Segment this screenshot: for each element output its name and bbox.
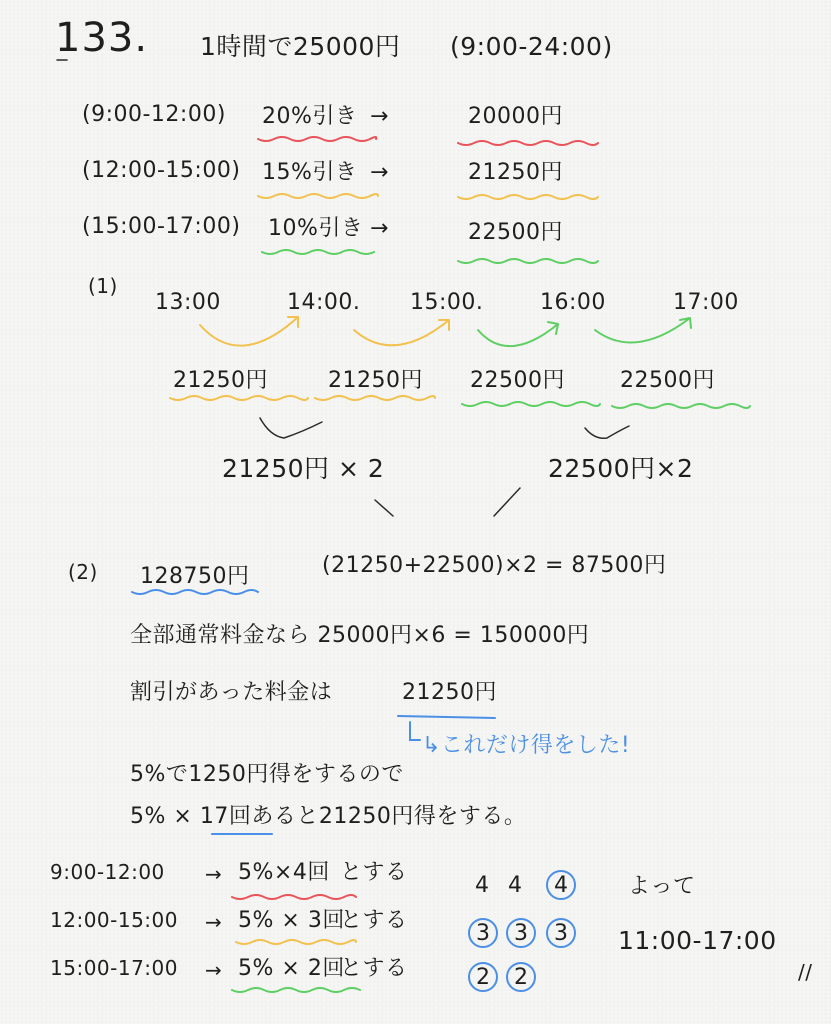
discount-period-2: (12:00-15:00) [82, 160, 240, 182]
segment-price-4: 22500円 [620, 370, 715, 392]
arrow-3: → [370, 218, 389, 240]
segment-price-1: 21250円 [173, 370, 268, 392]
conclusion-mark: // [798, 962, 812, 982]
part1-label: (1) [88, 276, 118, 296]
breakdown-suffix-2: とする [340, 910, 408, 932]
breakdown-period-2: 12:00-15:00 [50, 910, 178, 930]
line4-suffix: あると21250円得をする。 [251, 804, 526, 829]
breakdown-period-1: 9:00-12:00 [50, 862, 165, 882]
discount-rate-3: 10%引き [268, 218, 363, 240]
time-15: 15:00. [410, 292, 483, 314]
breakdown-period-3: 15:00-17:00 [50, 958, 178, 978]
time-13: 13:00 [155, 292, 221, 314]
arrow-1: → [370, 106, 389, 128]
discount-period-1: (9:00-12:00) [82, 104, 226, 126]
tally-3c-circled: 3 [546, 918, 576, 948]
hours-text: (9:00-24:00) [450, 34, 613, 59]
conclusion-label: よって [628, 876, 696, 898]
conclusion: 11:00-17:00 [618, 928, 777, 953]
tally-4a: 4 [475, 875, 490, 897]
breakdown-arrow-1: → [205, 864, 222, 884]
rate-text: 1時間で25000円 [200, 34, 400, 59]
tally-3a-circled: 3 [468, 918, 498, 948]
breakdown-count-3: 5% × 2回 [238, 958, 345, 980]
tally-4c-circled: 4 [546, 870, 576, 900]
segment-price-3: 22500円 [470, 370, 565, 392]
breakdown-arrow-3: → [205, 960, 222, 980]
part2-line1: 全部通常料金なら 25000円×6 = 150000円 [130, 625, 589, 647]
line4-highlight: 17回 [200, 804, 252, 829]
breakdown-arrow-2: → [205, 912, 222, 932]
tally-2b-circled: 2 [506, 962, 536, 992]
left-product: 21250円 × 2 [222, 456, 384, 481]
part2-line4: 5% × 17回あると21250円得をする。 [130, 806, 526, 828]
line4-prefix: 5% × [130, 804, 200, 829]
tally-4b: 4 [508, 875, 523, 897]
time-17: 17:00 [673, 292, 739, 314]
part2-line2-value: 21250円 [402, 682, 497, 704]
arrow-2: → [370, 162, 389, 184]
breakdown-count-1: 5%×4回 [238, 862, 330, 884]
part2-answer: 128750円 [140, 566, 249, 588]
tally-2a-circled: 2 [468, 962, 498, 992]
part1-total: (21250+22500)×2 = 87500円 [322, 555, 666, 577]
tally-3b-circled: 3 [506, 918, 536, 948]
right-product: 22500円×2 [548, 456, 693, 481]
discount-price-2: 21250円 [468, 162, 563, 184]
time-14: 14:00. [287, 292, 360, 314]
part2-label: (2) [68, 562, 98, 582]
discount-rate-2: 15%引き [262, 162, 357, 184]
part2-line2-prefix: 割引があった料金は [130, 682, 332, 704]
part2-line3: 5%で1250円得をするので [130, 764, 404, 786]
discount-price-1: 20000円 [468, 106, 563, 128]
part2-note: ↳これだけ得をした! [422, 735, 630, 757]
time-16: 16:00 [540, 292, 606, 314]
problem-number: 133. [55, 18, 148, 58]
discount-price-3: 22500円 [468, 222, 563, 244]
discount-period-3: (15:00-17:00) [82, 216, 240, 238]
breakdown-suffix-3: とする [340, 958, 408, 980]
discount-rate-1: 20%引き [262, 106, 357, 128]
breakdown-suffix-1: とする [340, 862, 408, 884]
breakdown-count-2: 5% × 3回 [238, 910, 345, 932]
segment-price-2: 21250円 [328, 370, 423, 392]
